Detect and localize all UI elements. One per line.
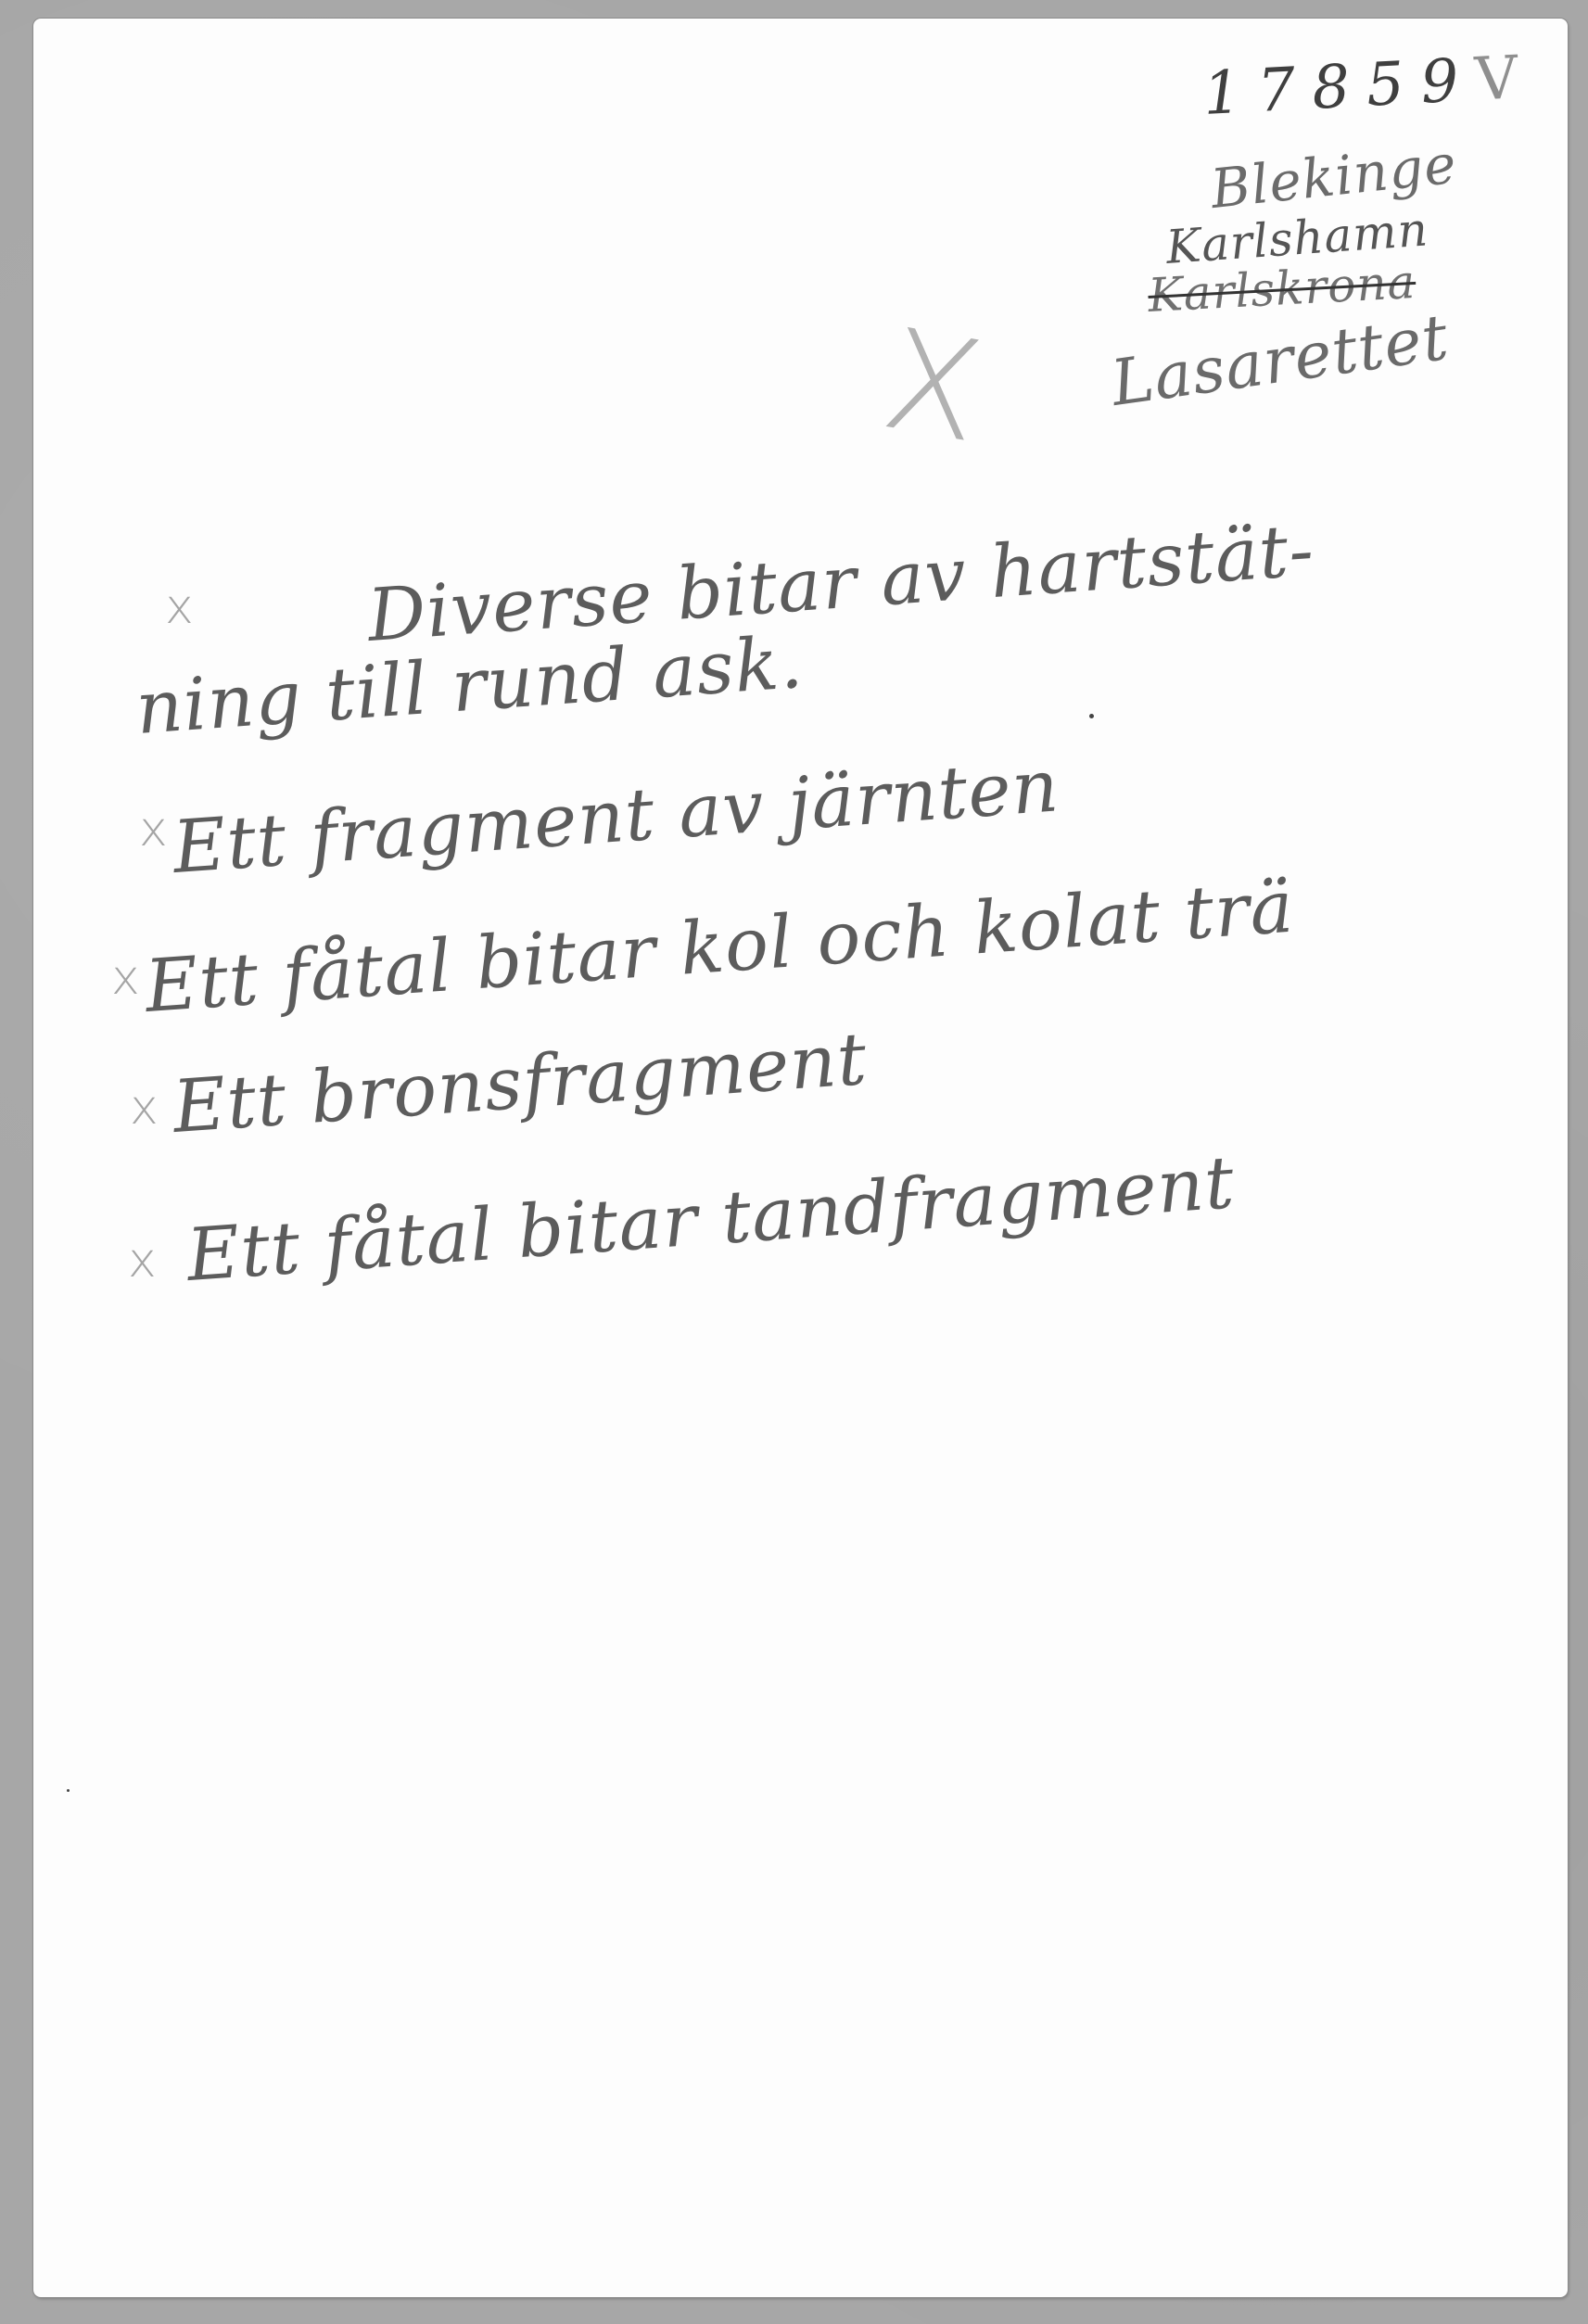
item-5-tick-icon: x [128,1233,157,1289]
item-2-tick-icon: x [139,802,168,857]
item-3-tick-icon: x [111,950,140,1006]
item-1-tick-icon: x [165,579,194,635]
check-mark-icon: V [1473,44,1519,114]
ink-speck [67,1789,70,1792]
ink-speck [1089,714,1094,718]
catalog-number-value: 17859 [1201,46,1477,129]
item-4-tick-icon: x [130,1080,159,1136]
